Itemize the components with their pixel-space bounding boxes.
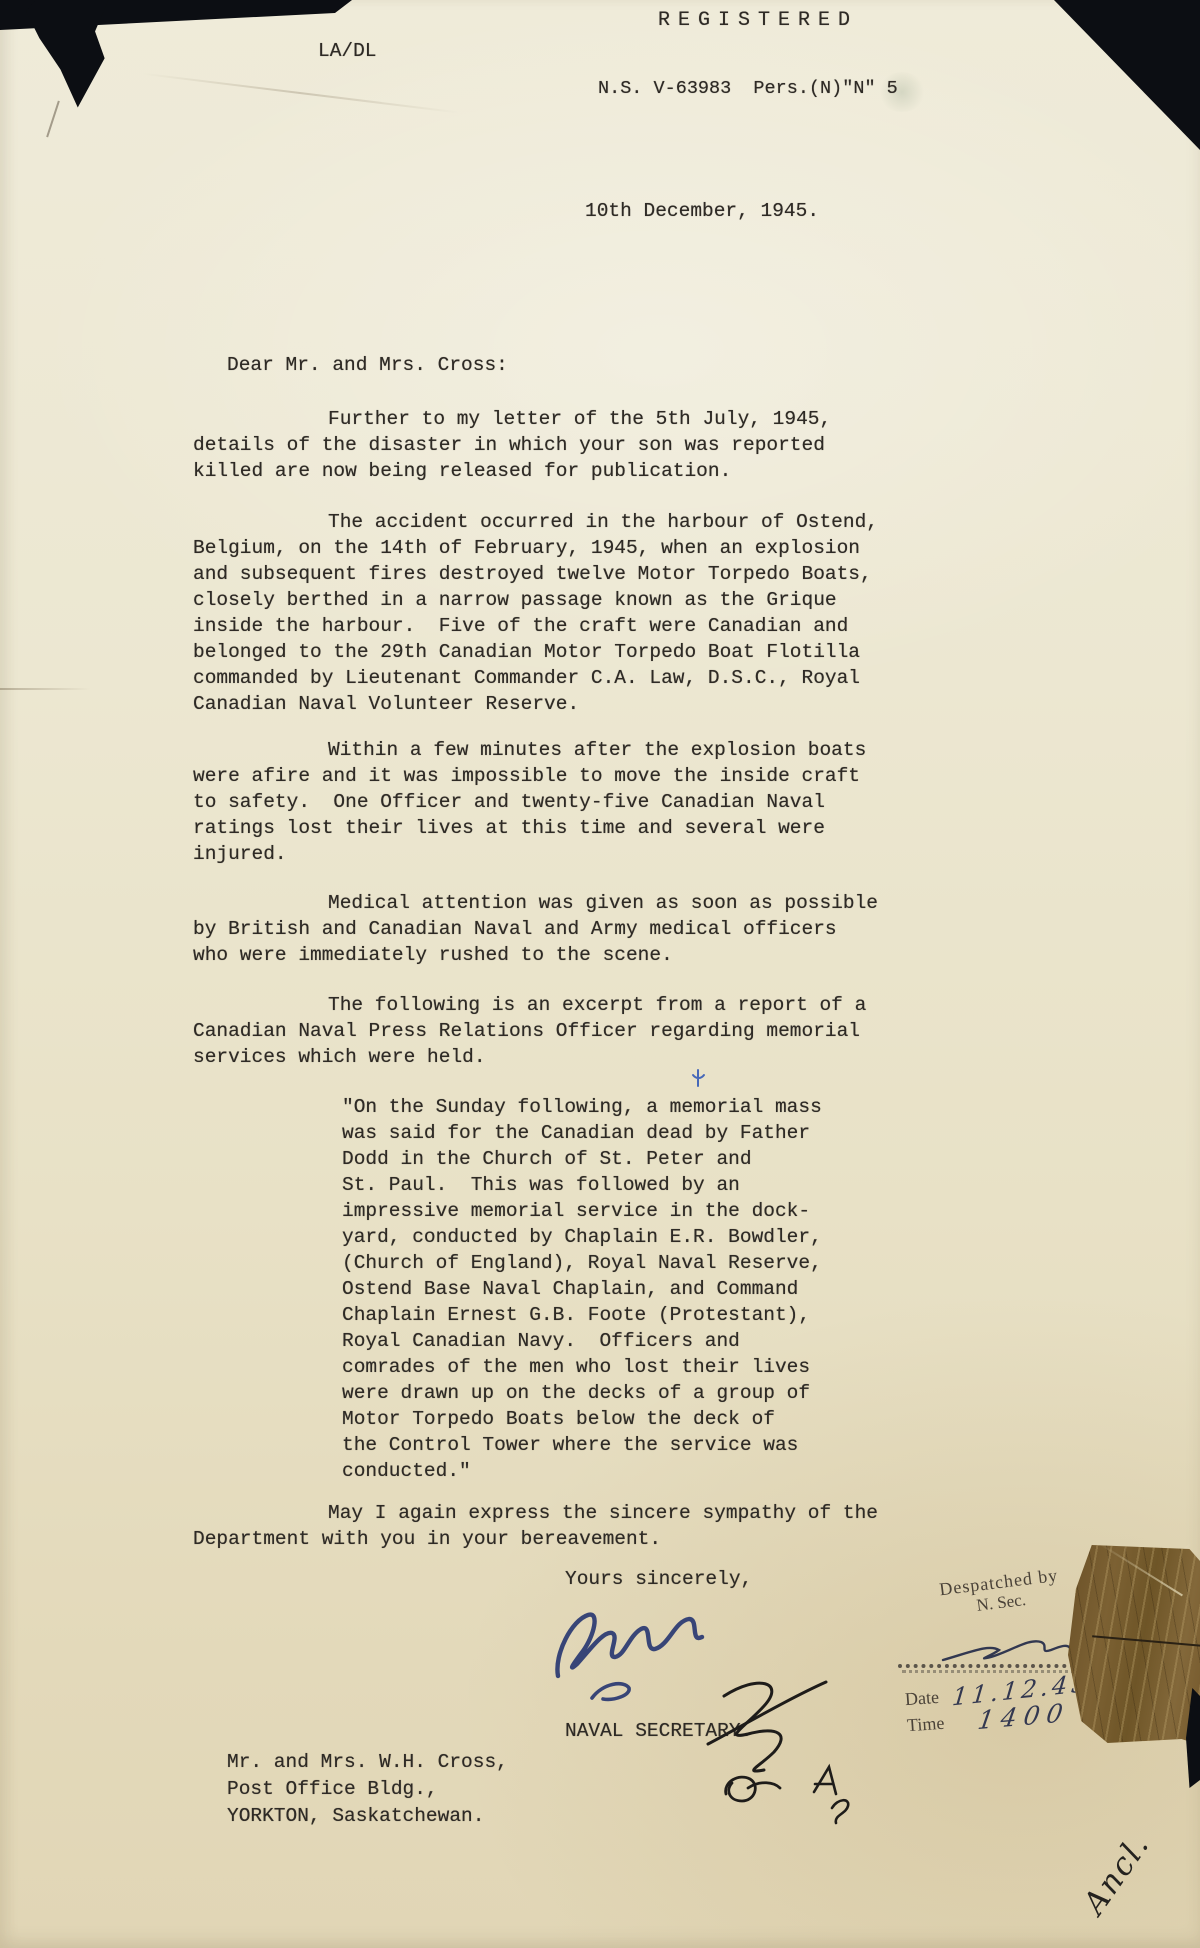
- paragraph-5: The following is an excerpt from a repor…: [193, 992, 866, 1070]
- naval-file-number: N.S. V-63983 Pers.(N)"N" 5: [598, 76, 898, 102]
- recipient-address: Mr. and Mrs. W.H. Cross, Post Office Bld…: [227, 1749, 508, 1830]
- registered-stamp: REGISTERED: [658, 8, 858, 34]
- letter-date: 10th December, 1945.: [585, 198, 819, 224]
- paragraph-6: May I again express the sincere sympathy…: [193, 1500, 878, 1552]
- paragraph-2: The accident occurred in the harbour of …: [193, 509, 878, 717]
- file-initials: LA/DL: [318, 38, 377, 64]
- paragraph-4: Medical attention was given as soon as p…: [193, 890, 878, 968]
- countersign-scrawl: [692, 1672, 882, 1832]
- report-quote: "On the Sunday following, a memorial mas…: [342, 1094, 822, 1484]
- valediction: Yours sincerely,: [565, 1566, 752, 1592]
- paragraph-1: Further to my letter of the 5th July, 19…: [193, 406, 831, 484]
- blue-check-mark: [690, 1068, 706, 1090]
- salutation: Dear Mr. and Mrs. Cross:: [227, 352, 508, 378]
- tape-stain: [1068, 1545, 1200, 1745]
- stamp-date-label: Date: [904, 1687, 939, 1710]
- paragraph-3: Within a few minutes after the explosion…: [193, 737, 866, 867]
- stamp-time-label: Time: [906, 1713, 945, 1737]
